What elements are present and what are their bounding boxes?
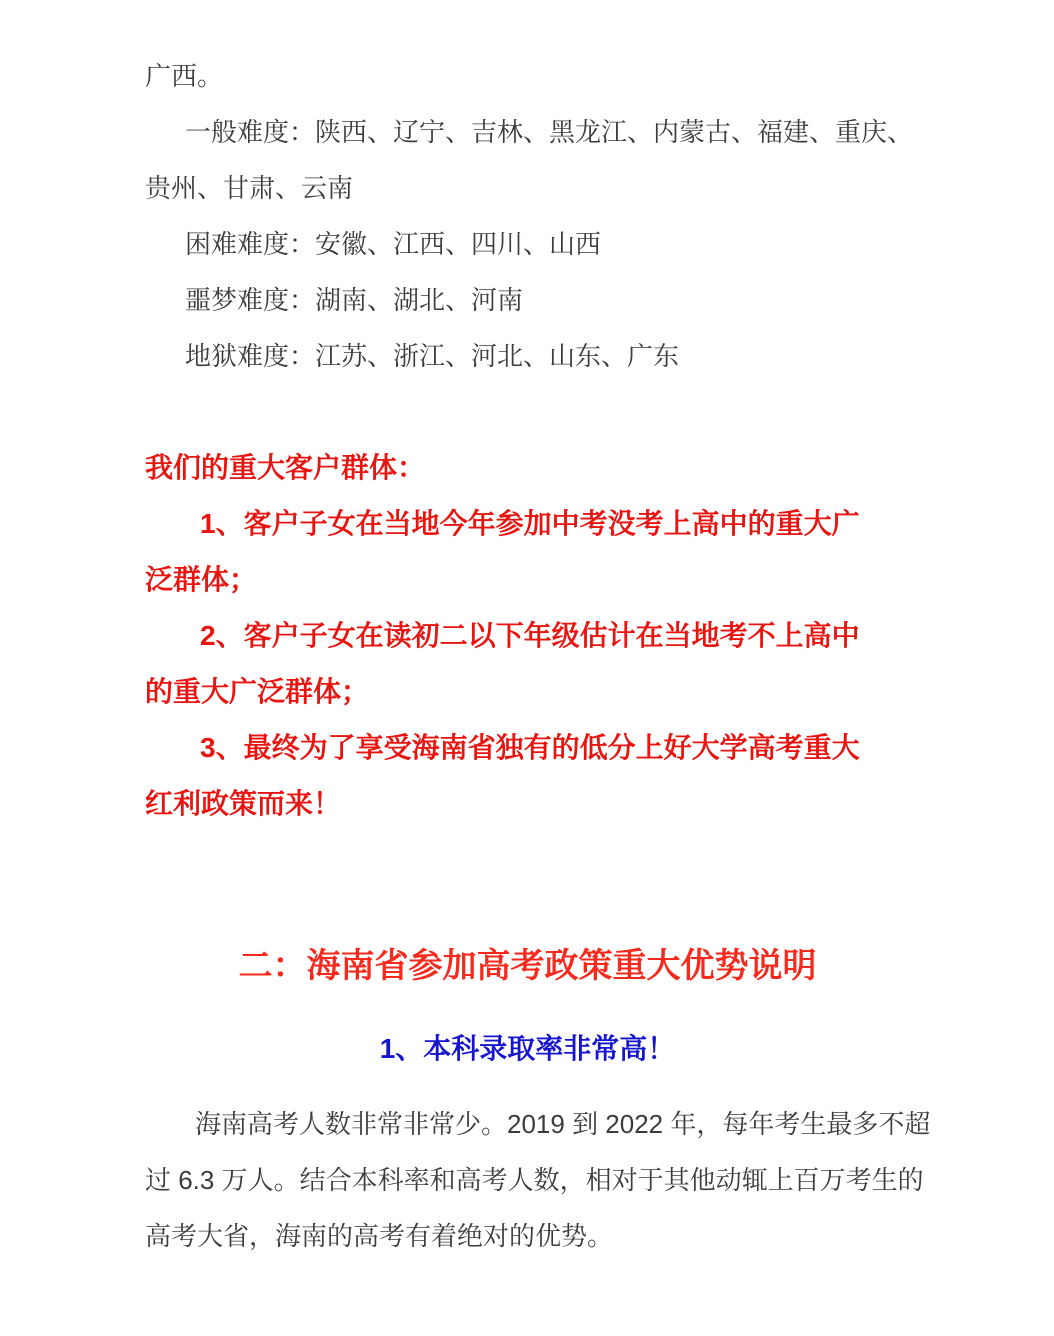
text-line: 噩梦难度：湖南、湖北、河南 (145, 272, 910, 328)
text-line: 困难难度：安徽、江西、四川、山西 (145, 216, 910, 272)
text-line: 贵州、甘肃、云南 (145, 160, 910, 216)
body-paragraph: 海南高考人数非常非常少。2019 到 2022 年，每年考生最多不超 过 6.3… (145, 1096, 910, 1264)
text-line: 过 6.3 万人。结合本科率和高考人数，相对于其他动辄上百万考生的 (145, 1152, 910, 1208)
text-line: 2、客户子女在读初二以下年级估计在当地考不上高中 (145, 608, 910, 664)
text-line: 红利政策而来！ (145, 776, 910, 832)
document-page: 广西。 一般难度：陕西、辽宁、吉林、黑龙江、内蒙古、福建、重庆、 贵州、甘肃、云… (0, 0, 1054, 1336)
text-line: 地狱难度：江苏、浙江、河北、山东、广东 (145, 328, 910, 384)
subsection-heading: 1、本科录取率非常高！ (145, 1034, 910, 1064)
text-line: 3、最终为了享受海南省独有的低分上好大学高考重大 (145, 720, 910, 776)
text-line: 的重大广泛群体； (145, 664, 910, 720)
client-groups-section: 我们的重大客户群体： 1、客户子女在当地今年参加中考没考上高中的重大广 泛群体；… (145, 440, 910, 832)
text-line: 高考大省，海南的高考有着绝对的优势。 (145, 1208, 910, 1264)
text-line: 1、客户子女在当地今年参加中考没考上高中的重大广 (145, 496, 910, 552)
section-heading: 二：海南省参加高考政策重大优势说明 (145, 944, 910, 988)
text-line: 泛群体； (145, 552, 910, 608)
text-line: 广西。 (145, 48, 910, 104)
text-line: 海南高考人数非常非常少。2019 到 2022 年，每年考生最多不超 (145, 1096, 910, 1152)
text-line: 一般难度：陕西、辽宁、吉林、黑龙江、内蒙古、福建、重庆、 (145, 104, 910, 160)
text-line: 我们的重大客户群体： (145, 440, 910, 496)
difficulty-section: 广西。 一般难度：陕西、辽宁、吉林、黑龙江、内蒙古、福建、重庆、 贵州、甘肃、云… (145, 48, 910, 384)
